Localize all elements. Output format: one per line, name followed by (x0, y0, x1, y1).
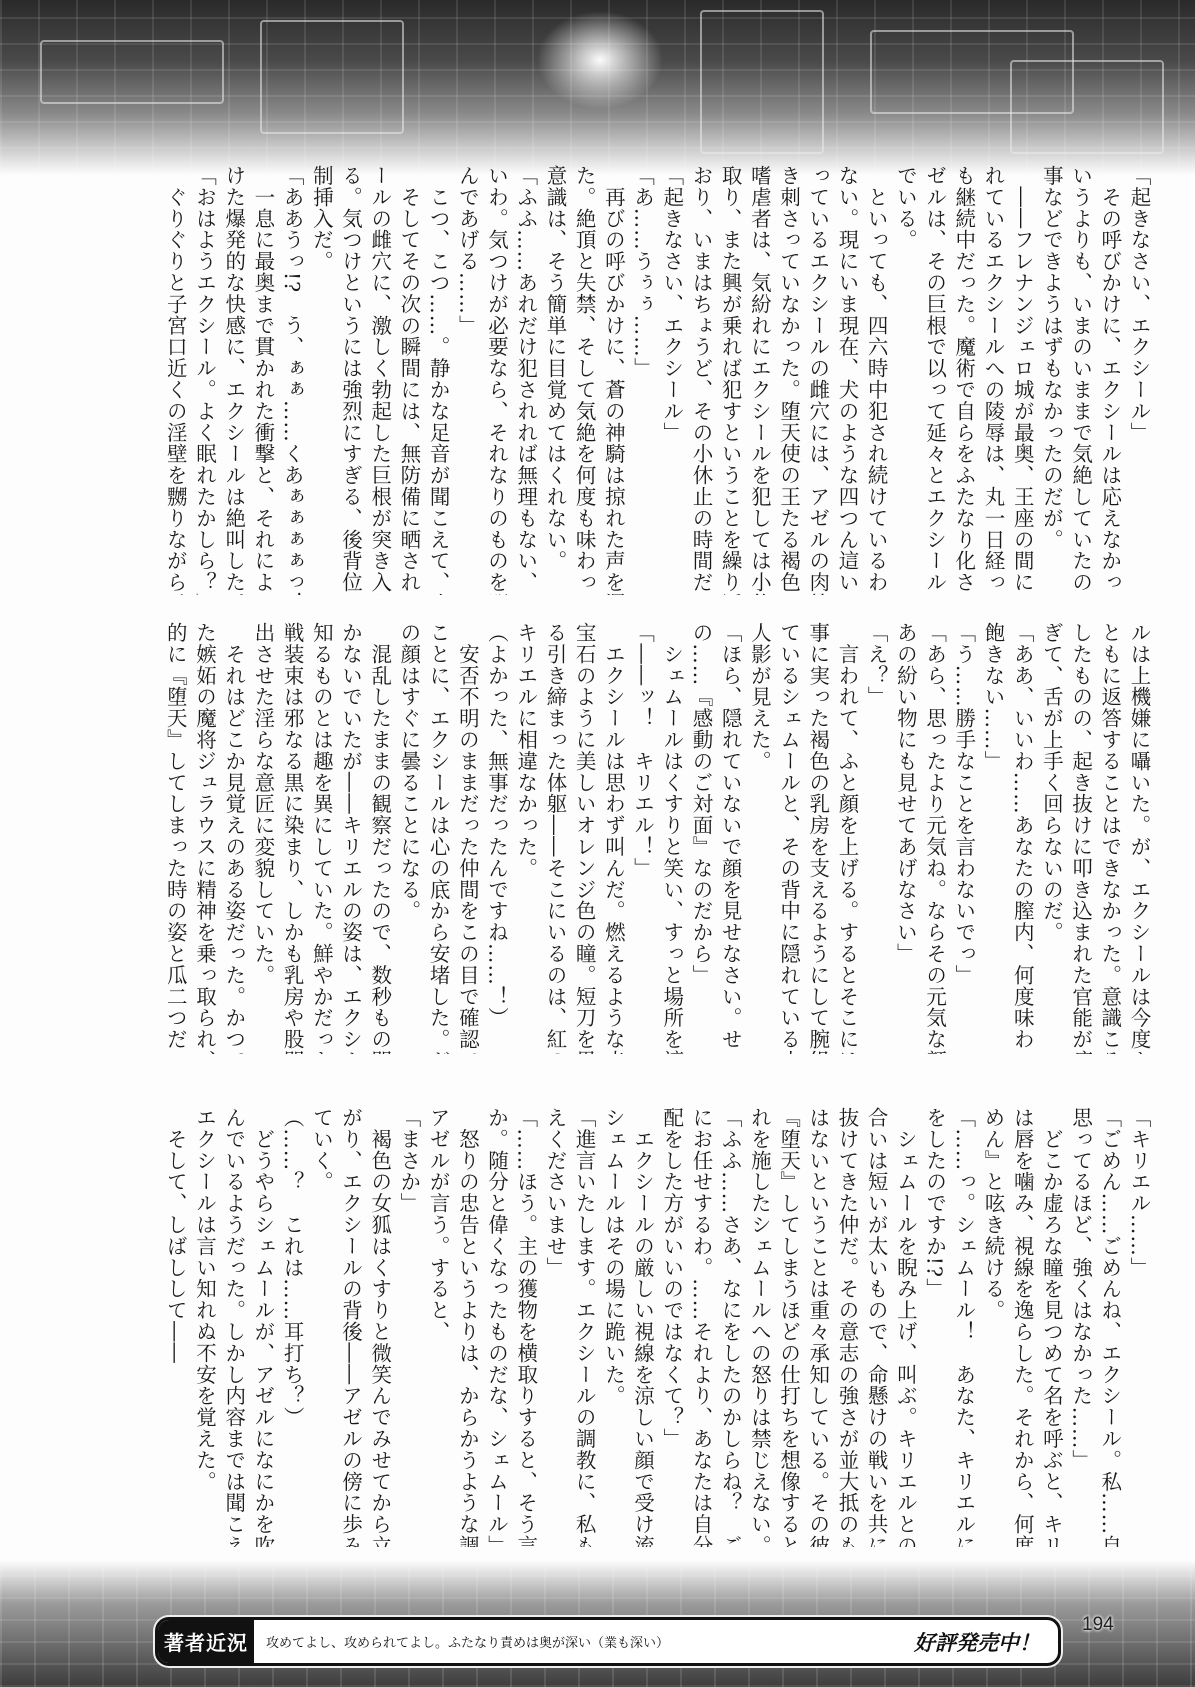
text-column: （……？ これは……耳打ち？） (277, 1107, 306, 1547)
text-column: おり、いまはちょうど、その小休止の時間だった。 (686, 165, 715, 595)
text-column: （よかった、無事だったんですね……！） (481, 622, 510, 1054)
text-column: 人影が見えた。 (744, 622, 773, 1054)
text-column: 取り、また興が乗れば犯すということを繰り返して (715, 165, 744, 595)
text-column: ぐりぐりと子宮口近くの淫壁を嬲りながら、アゼ (160, 165, 189, 595)
text-column: 宝石のように美しいオレンジ色の瞳。短刀を思わせ (569, 622, 598, 1054)
text-column: き刺さっていなかった。堕天使の王たる褐色の (773, 165, 802, 595)
author-note-text: 攻めてよし、攻められてよし。ふたなり責めは奥が深い（業も深い） (254, 1632, 914, 1651)
text-column: かないでいたが――キリエルの姿は、エクシールが (335, 622, 364, 1054)
text-column: めん』と呟き続ける。 (978, 1107, 1007, 1547)
text-column: 「進言いたします。エクシールの調教に、私もお加 (569, 1107, 598, 1547)
text-column: は唇を噛み、視線を逸らした。それから、何度も『ご (1007, 1107, 1036, 1547)
text-column: 「あ……うぅぅ……」 (627, 165, 656, 595)
text-column: ともに返答することはできなかった。意識こそ覚醒 (1095, 622, 1124, 1054)
text-column: あの紛い物にも見せてあげなさい」 (890, 622, 919, 1054)
text-column: はないということは重々承知している。その彼女が (803, 1107, 832, 1547)
text-column: 「ああ、いいわ……あなたの膣内、何度味わっても (1007, 622, 1036, 1054)
page-number: 194 (1082, 1614, 1114, 1636)
text-column: 一息に最奥まで貫かれた衝撃と、それによって弾 (248, 165, 277, 595)
circuit-trace (700, 10, 824, 154)
text-column: 「……ほう。主の獲物を横取りすると、そう言うの (511, 1107, 540, 1547)
text-column: んでいるようだった。しかし内容までは聞こえず、 (219, 1107, 248, 1547)
text-column: んであげる……」 (452, 165, 481, 595)
text-column: その呼びかけに、エクシールは応えなかった。と (1095, 165, 1124, 595)
text-column: 知るものとは趣を異にしていた。鮮やかだった赤の (306, 622, 335, 1054)
text-column: ールの雌穴に、激しく勃起した巨根が突き入れられ (365, 165, 394, 595)
text-column: 意識は、そう簡単に目覚めてはくれない。 (540, 165, 569, 595)
text-column: エクシールの厳しい視線を涼しい顔で受け流して、 (627, 1107, 656, 1547)
text-column: にお任せするわ。……それより、あなたは自分の心 (686, 1107, 715, 1547)
circuit-trace (1010, 60, 1164, 154)
text-column: 「……っ。シェムール！ あなた、キリエルになに (949, 1107, 978, 1547)
text-column: 『堕天』してしまうほどの仕打ちを想像すると、そ (773, 1107, 802, 1547)
text-column: どうやらシェムールが、アゼルになにかを吹き込 (248, 1107, 277, 1547)
text-column: したものの、起き抜けに叩き込まれた官能が痛烈す (1065, 622, 1094, 1054)
text-column: 褐色の女狐はくすりと微笑んでみせてから立ち上 (365, 1107, 394, 1547)
text-column: 安否不明のままだった仲間をこの目で確認できた (452, 622, 481, 1054)
text-column: も継続中だった。魔術で自らをふたなり化させたア (949, 165, 978, 595)
text-column: 「ふふ……さあ、なにをしたのかしらね？ ご想像 (715, 1107, 744, 1547)
text-column: 「――ッ！ キリエル！」 (627, 622, 656, 1054)
text-column: がり、エクシールの背後――アゼルの傍に歩み寄っ (335, 1107, 364, 1547)
text-column: 怒りの忠告というよりは、からかうような調子で (452, 1107, 481, 1547)
text-column: 「キリエル……」 (1124, 1107, 1153, 1547)
text-column: ているシェムールと、その背中に隠れている小さな (773, 622, 802, 1054)
text-column: の……『感動のご対面』なのだから」 (686, 622, 715, 1054)
text-column: 言われて、ふと顔を上げる。するとそこには、見 (832, 622, 861, 1054)
text-column: ない。現にいま現在、犬のような四つん這いで蹲 (832, 165, 861, 595)
text-block-top: 「起きなさい、エクシール」 その呼びかけに、エクシールは応えなかった。というより… (145, 165, 1153, 595)
text-column: エクシールは言い知れぬ不安を覚えた。 (189, 1107, 218, 1547)
text-column: シェムールはその場に跪いた。 (598, 1107, 627, 1547)
text-column: ことに、エクシールは心の底から安堵した。が、そ (423, 622, 452, 1054)
text-column: ルは上機嫌に囁いた。が、エクシールは今度も、ま (1124, 622, 1153, 1054)
text-column: けた爆発的な快感に、エクシールは絶叫した。 (219, 165, 248, 595)
text-column: アゼルが言う。すると、 (423, 1107, 452, 1547)
text-column: シェムールはくすりと笑い、すっと場所を譲った。 (657, 622, 686, 1054)
text-column: でいる。 (890, 165, 919, 595)
text-column: 混乱したままの観察だったので、数秒もの間気づ (365, 622, 394, 1054)
text-column: 戦装束は邪なる黒に染まり、しかも乳房や股間を露 (277, 622, 306, 1054)
text-column: といっても、四六時中犯され続けているわけでは (861, 165, 890, 595)
text-column: 嗜虐者は、気紛れにエクシールを犯しては小休止を (744, 165, 773, 595)
text-column: そして、しばしして―― (160, 1107, 189, 1547)
text-column: をしたのですか!?」 (919, 1107, 948, 1547)
text-column: 「う……勝手なことを言わないでっ」 (949, 622, 978, 1054)
text-column: キリエルに相違なかった。 (511, 622, 540, 1054)
text-column: る。気つけというには強烈にすぎる、後背位での強 (335, 165, 364, 595)
text-column: 「え？」 (861, 622, 890, 1054)
text-column: 「ごめん……ごめんね、エクシール。私……自分で (1095, 1107, 1124, 1547)
text-column: ――フレナンジェロ城が最奥、王座の間にて行わ (1007, 165, 1036, 595)
circuit-trace (40, 40, 224, 104)
text-column: そしてその次の瞬間には、無防備に晒されたエクシ (394, 165, 423, 595)
text-column: 合いは短いが太いもので、命懸けの戦いを共に潜り (861, 1107, 890, 1547)
circuit-trace (260, 20, 404, 134)
circuit-header-art (0, 0, 1195, 175)
text-column: 「あら、思ったより元気ね。ならその元気な顔を、 (919, 622, 948, 1054)
text-column: 「まさか」 (394, 1107, 423, 1547)
text-column: ゼルは、その巨根で以って延々とエクシールを苛ん (919, 165, 948, 595)
text-column: 思ってるほど、強くはなかった……」 (1065, 1107, 1094, 1547)
text-column: いわ。気つけが必要なら、それなりのものを叩き込 (481, 165, 510, 595)
text-column: 再びの呼びかけに、蒼の神騎は掠れた声を漏らし (598, 165, 627, 595)
text-column: それはどこか見覚えのある姿だった。かつて戦っ (219, 622, 248, 1054)
text-column: どこか虚ろな瞳を見つめて名を呼ぶと、キリエル (1036, 1107, 1065, 1547)
text-column: れているエクシールへの陵辱は、丸一日経ったいま (978, 165, 1007, 595)
text-column: 「ほら、隠れていないで顔を見せなさい。せっかく (715, 622, 744, 1054)
text-column: っているエクシールの雌穴には、アゼルの肉棒は突 (803, 165, 832, 595)
text-column: 事などできようはずもなかったのだが。 (1036, 165, 1065, 595)
text-column: た。絶頂と失禁、そして気絶を何度も味わった体と (569, 165, 598, 595)
text-column: 飽きない……」 (978, 622, 1007, 1054)
text-column: エクシールは思わず叫んだ。燃えるような赤い髪。 (598, 622, 627, 1054)
text-column: ていく。 (306, 1107, 335, 1547)
text-column: えくださいませ」 (540, 1107, 569, 1547)
text-column: 「起きなさい、エクシール」 (657, 165, 686, 595)
author-note-label: 著者近況 (158, 1620, 254, 1663)
on-sale-notice: 好評発売中！ (914, 1627, 1058, 1657)
text-column: 「ふふ……あれだけ犯されれば無理もない、か。い (511, 165, 540, 595)
author-note-banner: 著者近況 攻めてよし、攻められてよし。ふたなり責めは奥が深い（業も深い） 好評発… (155, 1617, 1061, 1666)
text-block-bottom: 「キリエル……」「ごめん……ごめんね、エクシール。私……自分で思ってるほど、強く… (145, 1107, 1153, 1547)
text-column: か。随分と偉くなったものだな、シェムール」 (481, 1107, 510, 1547)
text-column: の顔はすぐに曇ることになる。 (394, 622, 423, 1054)
text-column: 的に『堕天』してしまった時の姿と瓜二つだった。 (160, 622, 189, 1054)
text-column: る引き締まった体躯――そこにいるのは、紅の神騎 (540, 622, 569, 1054)
text-column: こつ、こつ……。静かな足音が聞こえて、止んだ。 (423, 165, 452, 595)
text-column: 出させた淫らな意匠に変貌していた。 (248, 622, 277, 1054)
text-column: 配をした方がいいのではなくて？」 (657, 1107, 686, 1547)
text-column: 「起きなさい、エクシール」 (1124, 165, 1153, 595)
text-column: ぎて、舌が上手く回らないのだ。 (1036, 622, 1065, 1054)
text-column: 抜けてきた仲だ。その意志の強さが並大抵のもので (832, 1107, 861, 1547)
text-column: 事に実った褐色の乳房を支えるようにして腕組みし (803, 622, 832, 1054)
text-column: た嫉妬の魔将ジュラウスに精神を乗っ取られ、一時 (189, 622, 218, 1054)
text-column: いうよりも、いまのいままで気絶していたので、返 (1065, 165, 1094, 595)
text-column: シェムールを睨み上げ、叫ぶ。キリエルとの付き (890, 1107, 919, 1547)
text-column: 「ああうっ!? う、ぁぁ……くあぁぁぁぁっ！」 (277, 165, 306, 595)
text-block-middle: ルは上機嫌に囁いた。が、エクシールは今度も、まともに返答することはできなかった。… (145, 622, 1153, 1054)
text-column: れを施したシェムールへの怒りは禁じえない。 (744, 1107, 773, 1547)
text-column: 「おはようエクシール。よく眠れたかしら？」 (189, 165, 218, 595)
text-column: 制挿入だ。 (306, 165, 335, 595)
